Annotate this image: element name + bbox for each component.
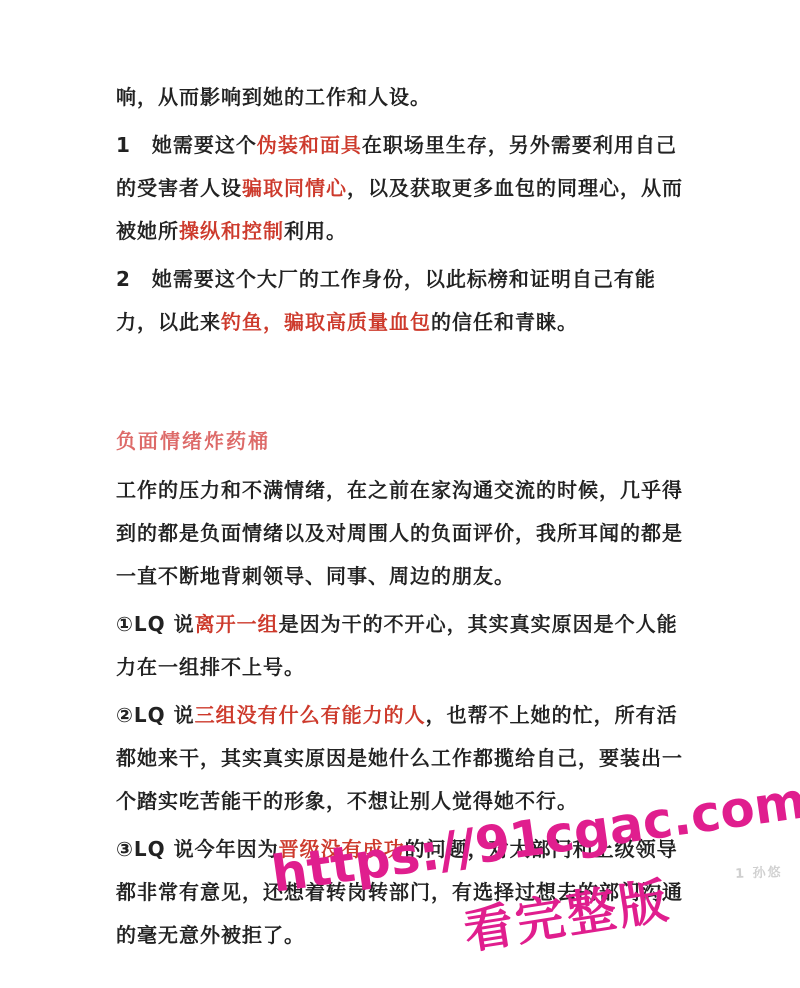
highlight-red: 伪装和面具 xyxy=(257,133,362,157)
paragraph-pressure: 工作的压力和不满情绪，在之前在家沟通交流的时候，几乎得到的都是负面情绪以及对周围… xyxy=(116,469,696,598)
text-segment: 1 她需要这个 xyxy=(116,133,257,157)
paragraph-item1: 1 她需要这个伪装和面具在职场里生存，另外需要利用自己的受害者人设骗取同情心，以… xyxy=(116,124,696,253)
text-segment: 响，从而影响到她的工作和人设。 xyxy=(116,85,431,109)
paragraph-point2: ②LQ 说三组没有什么有能力的人，也帮不上她的忙，所有活都她来干，其实真实原因是… xyxy=(116,694,696,823)
text-segment: 利用。 xyxy=(284,219,347,243)
paragraph-point3: ③LQ 说今年因为晋级没有成功的问题，对大部门和上级领导都非常有意见，还想着转岗… xyxy=(116,828,696,957)
highlight-red: 骗取同情心 xyxy=(242,176,347,200)
highlight-red: 操纵和控制 xyxy=(179,219,284,243)
text-segment: 工作的压力和不满情绪，在之前在家沟通交流的时候，几乎得到的都是负面情绪以及对周围… xyxy=(116,478,683,588)
highlight-red: 晋级没有成功 xyxy=(279,837,405,861)
faint-watermark: 1 孙悠 xyxy=(735,861,783,882)
highlight-red: 三组没有什么有能力的人 xyxy=(195,703,426,727)
highlight-red: 离开一组 xyxy=(195,612,279,636)
text-segment: 毫无意外被拒了。 xyxy=(137,923,305,947)
paragraph-item2: 2 她需要这个大厂的工作身份，以此标榜和证明自己有能力，以此来钓鱼，骗取高质量血… xyxy=(116,258,696,344)
paragraph-point1: ①LQ 说离开一组是因为干的不开心，其实真实原因是个人能力在一组排不上号。 xyxy=(116,603,696,689)
highlight-red: 钓鱼，骗取高质量血包 xyxy=(221,310,431,334)
text-segment: ③LQ 说今年因为 xyxy=(116,837,279,861)
text-segment: 的信任和青睐。 xyxy=(431,310,578,334)
paragraph-intro: 响，从而影响到她的工作和人设。 xyxy=(116,76,696,119)
text-segment: ②LQ 说 xyxy=(116,703,195,727)
document-page: 响，从而影响到她的工作和人设。 1 她需要这个伪装和面具在职场里生存，另外需要利… xyxy=(0,0,800,988)
section-heading: 负面情绪炸药桶 xyxy=(116,426,696,456)
text-segment: ①LQ 说 xyxy=(116,612,195,636)
article-body: 响，从而影响到她的工作和人设。 1 她需要这个伪装和面具在职场里生存，另外需要利… xyxy=(116,76,696,957)
